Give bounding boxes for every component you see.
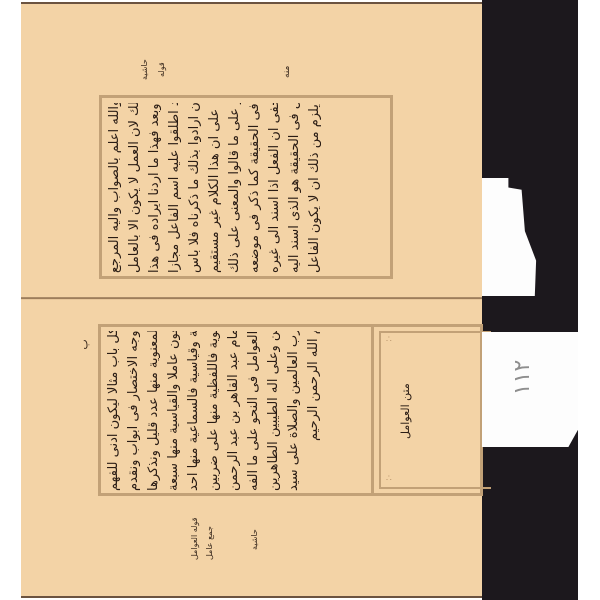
text-line: وتسعون عاملا والقياسية منها سبعة [167,331,180,491]
margin-note: حاشية [141,32,150,80]
text-line: وقد اطلقوا عليه اسم الفاعل مجازا [168,103,181,273]
text-block: والله اعلم بالصواب واليه المرجع وذلك لان… [108,103,321,273]
basmala: بسم الله الرحمن الرحيم [307,331,320,441]
margin-note: قوله العوامل [191,500,200,560]
text-line: ان ارادوا بذلك ما ذكرناه فلا بأس [188,103,201,273]
margin-note: قوله [158,27,167,77]
margin-note: منه [283,20,293,78]
text-frame: فى كل باب مثالا ليكون ادنى للفهم على وجه… [98,324,483,496]
text-line: والله اعلم بالصواب واليه المرجع [108,103,121,273]
ornament-icon: ∴ [386,336,392,345]
text-line: الفعل فى الحقيقة كما ذكر فى موضعه [248,103,261,273]
decorative-panel: ∴ ∴ متن العوامل [379,331,491,489]
text-line: والتقدير على ما قالوا والمعنى على ذلك [228,103,241,273]
frame-divider [371,327,374,493]
upper-manuscript-page: حاشية قوله منه والله اعلم بالصواب واليه … [21,2,482,299]
text-frame: والله اعلم بالصواب واليه المرجع وذلك لان… [99,95,393,279]
margin-note: جمع عامل [206,505,215,560]
text-block: فى كل باب مثالا ليكون ادنى للفهم على وجه… [107,331,320,491]
ornament-icon: ∴ [386,475,392,484]
book-title: متن العوامل [399,395,412,439]
text-line: على وجه الاختصار فى ابواب ونقدم [127,331,140,491]
text-line: على ان هذا الكلام غير مستقيم [208,103,221,273]
dark-backdrop [482,0,578,600]
text-line: وبعد فاعلم ان العوامل فى النحو على ما ال… [247,331,260,491]
text-line: وذلك لان العمل لا يكون الا بالعامل [128,103,141,273]
text-line: الشيخ الامام عبد القاهر بن عبد الرحمن [227,331,240,491]
margin-note: حاشية [251,500,260,550]
text-line: والفاعل فى الحقيقة هو الذى اسند اليه [288,103,301,273]
inventory-number: ۱۱۲ [510,360,535,395]
text-line: الاولين والآخرين وعلى آله الطيبين الطاهر… [267,331,280,491]
text-line: الا ان يقال يلزم من ذلك ان لا يكون الفاع… [308,103,321,273]
text-line: لا يخفى ان الفعل اذا اسند الى غيره [268,103,281,273]
text-line: والمعنوية منها عدد قليل ونذكرها [147,331,160,491]
text-line: وبعد فهذا ما اردنا ايراده فى هذا [148,103,161,273]
text-line: الحمد لله رب العالمين والصلاة على سيد [287,331,300,491]
lower-manuscript-page: ب فى كل باب مثالا ليكون ادنى للفهم على و… [21,299,482,598]
page-number-mark: ب [78,339,91,349]
text-line: سماعية وقياسية فالسماعية منها احد [187,331,200,491]
text-line: لفظية ومعنوية فاللفظية منها على ضربين [207,331,220,491]
text-line: فى كل باب مثالا ليكون ادنى للفهم [107,331,120,491]
